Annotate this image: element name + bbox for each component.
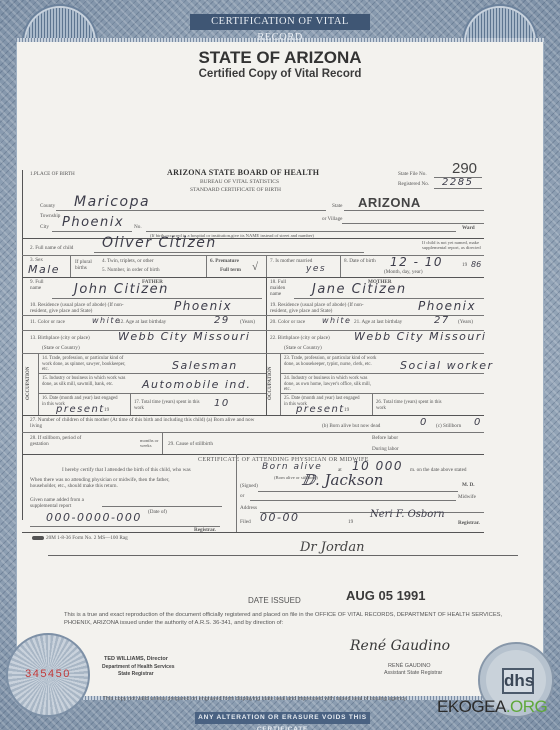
born-dead-label: (b) Born alive but now dead	[322, 424, 380, 430]
filed-value: 00-00	[260, 512, 299, 525]
mother-residence: Phoenix	[418, 300, 476, 314]
father-age-label: 12. Age at last birthday	[118, 320, 166, 326]
assistant-signature: René Gaudino	[350, 638, 450, 654]
handwritten-signature: Dr Jordan	[300, 540, 364, 555]
state-file-no: 290	[452, 160, 477, 177]
reproduction-statement: This is a true and exact reproduction of…	[64, 611, 504, 627]
date-issued-value: AUG 05 1991	[346, 588, 426, 603]
mother-industry-label: 24. Industry or business in which work w…	[284, 376, 374, 393]
birth-order-label: 5. Number, in order of birth	[102, 268, 160, 274]
father-state-country-label: (State or Country)	[42, 346, 80, 352]
form-number: 20M 1-8-36 Form No. 2 MS—100 Rag	[32, 536, 128, 542]
before-labor-label: Before labor	[372, 436, 398, 442]
father-years-label: (Years)	[240, 320, 255, 326]
bureau-title: BUREAU OF VITAL STATISTICS	[200, 179, 279, 185]
dob-year-prefix: 19	[462, 263, 467, 269]
father-trade-label: 14. Trade, profession, or particular kin…	[42, 356, 130, 373]
midwife-label: Midwife	[458, 495, 476, 501]
father-occupation-label: OCCUPATION	[26, 367, 32, 400]
director-title: State Registrar	[118, 671, 154, 677]
signature-line	[48, 555, 518, 556]
document-subtitle: Certified Copy of Vital Record	[0, 68, 560, 80]
top-banner: CERTIFICATION OF VITAL RECORD	[190, 14, 370, 30]
father-industry: Automobile ind.	[142, 379, 251, 392]
bottom-banner: ANY ALTERATION OR ERASURE VOIDS THIS CER…	[195, 712, 370, 724]
document-title: STATE OF ARIZONA	[0, 48, 560, 68]
assistant-name: RENÉ GAUDINO	[388, 663, 430, 669]
township-label: Township	[40, 214, 60, 220]
mother-trade: Social worker	[400, 360, 494, 373]
child-name-label: 2. Full name of child	[30, 246, 73, 252]
twins-label: 4. Twin, triplets, or other	[102, 259, 154, 265]
state-file-no-label: State File No.	[398, 172, 427, 178]
months-weeks-label: months or weeks	[140, 438, 162, 449]
mother-date-engaged: present	[296, 404, 345, 416]
birth-certificate-form: 1.PLACE OF BIRTH ARIZONA STATE BOARD OF …	[22, 160, 538, 540]
father-total-time: 10	[214, 398, 230, 410]
mother-race-label: 20. Color or race	[270, 320, 305, 326]
father-birthplace-label: 13. Birthplace (city or place)	[30, 336, 90, 342]
dhs-logo: dhs	[502, 668, 534, 694]
form-left-border	[22, 170, 23, 520]
father-residence-label: 10. Residence (usual place of abode) (If…	[30, 303, 140, 315]
father-race-label: 11. Color or race	[30, 320, 65, 326]
assistant-title: Assistant State Registrar	[384, 670, 442, 676]
mother-name: Jane Citizen	[312, 283, 407, 298]
agency-title: ARIZONA STATE BOARD OF HEALTH	[167, 168, 319, 177]
registered-no: 2285	[442, 177, 473, 189]
state-label: State	[332, 204, 342, 210]
county-value: Maricopa	[74, 194, 150, 210]
father-name-label: 9. Full name	[30, 280, 50, 292]
union-bug-icon	[32, 536, 44, 540]
father-race: white	[92, 316, 121, 325]
full-term-check: √	[252, 261, 258, 274]
gestation-label: 28. If stillborn, period of gestation	[30, 436, 90, 448]
mother-year-prefix: 19	[344, 408, 349, 414]
father-date-engaged: present	[56, 404, 105, 416]
stillborn-value: 0	[474, 417, 482, 429]
validity-note: This copy not valid unless prepared on e…	[103, 696, 407, 702]
serial-rosette: 345450	[6, 633, 90, 717]
registrar-signature: Neri F. Osborn	[370, 509, 445, 521]
mother-birthplace-label: 22. Birthplace (city or place)	[270, 336, 330, 342]
father-year-prefix: 19	[104, 408, 109, 414]
married-value: yes	[306, 264, 326, 274]
mother-race: white	[322, 316, 351, 325]
state-value: ARIZONA	[358, 196, 421, 211]
watermark-part2: .ORG	[506, 697, 547, 716]
premature-label: 6. Premature	[210, 259, 239, 265]
mother-total-time-label: 26. Total time (years) spent in this wor…	[376, 400, 446, 411]
father-trade: Salesman	[172, 360, 238, 373]
physician-signature: ⅅ. Jackson	[302, 472, 383, 489]
city-label: City	[40, 225, 49, 231]
registrar-label-right: Registrar.	[458, 521, 480, 527]
ward-label: Ward	[462, 226, 475, 232]
mother-age-label: 21. Age at last birthday	[354, 320, 402, 326]
certify-text: I hereby certify that I attended the bir…	[62, 468, 191, 474]
mother-trade-label: 23. Trade, profession, or particular kin…	[284, 356, 384, 367]
dob-value: 12 - 10	[390, 256, 443, 270]
time-suffix: m. on the date above stated	[410, 468, 466, 474]
sex-value: Male	[28, 264, 60, 277]
address-label: Address	[240, 506, 257, 512]
city-value: Phoenix	[62, 216, 124, 231]
signed-label: (Signed)	[240, 484, 258, 490]
date-issued-label: DATE ISSUED	[248, 596, 301, 605]
father-age: 29	[214, 315, 230, 327]
mother-years-label: (Years)	[458, 320, 473, 326]
mother-birthplace: Webb City Missouri	[354, 331, 486, 344]
registered-no-label: Registered No.	[398, 182, 429, 188]
mother-residence-label: 19. Residence (usual place of abode) (If…	[270, 303, 380, 315]
dob-year: 86	[471, 260, 481, 269]
filed-label: Filed	[240, 520, 251, 526]
supplemental-number: 000-0000-000	[46, 512, 142, 525]
director-name: TED WILLIAMS, Director	[104, 656, 168, 662]
serial-number: 345450	[8, 668, 88, 680]
md-label: M. D.	[462, 483, 475, 489]
father-industry-label: 15. Industry or business in which work w…	[42, 376, 130, 387]
children-label: 27. Number of children of this mother (A…	[30, 418, 260, 430]
no-label: No.	[134, 225, 142, 231]
county-label: County	[40, 204, 55, 210]
father-residence: Phoenix	[174, 300, 232, 314]
or-label: or	[240, 494, 244, 500]
father-total-time-label: 17. Total time (years) spent in this wor…	[134, 400, 204, 411]
unnamed-note: If child is not yet named, make suppleme…	[422, 240, 484, 251]
dob-hint: (Month, day, year)	[384, 270, 423, 276]
place-of-birth-label: 1.PLACE OF BIRTH	[30, 172, 75, 178]
child-name: Oliver Citizen	[102, 235, 217, 251]
during-labor-label: During labor	[372, 447, 399, 453]
mother-occupation-label: OCCUPATION	[268, 367, 274, 400]
mother-name-label: 18. Full maiden name	[270, 280, 292, 298]
mother-state-country-label: (State or Country)	[284, 346, 322, 352]
cause-label: 29. Cause of stillbirth	[168, 442, 213, 448]
watermark-part1: EKOGEA	[437, 697, 506, 716]
date-of-label: (Date of)	[148, 510, 167, 516]
stillborn-label: (c) Stillborn	[436, 424, 461, 430]
father-name: John Citizen	[74, 283, 169, 298]
given-name-label: Given name added from a supplemental rep…	[30, 498, 100, 510]
watermark: EKOGEA.ORG	[437, 697, 547, 717]
full-term-label: Full term	[220, 268, 241, 274]
mother-age: 27	[434, 315, 450, 327]
director-dept: Department of Health Services	[102, 664, 175, 670]
dob-label: 8. Date of birth	[344, 259, 376, 265]
form-title: STANDARD CERTIFICATE OF BIRTH	[190, 187, 281, 193]
registrar-label-left: Registrar.	[194, 528, 216, 534]
village-label: or Village	[322, 217, 342, 223]
born-dead-value: 0	[420, 417, 428, 429]
no-physician-note: When there was no attending physician or…	[30, 478, 170, 490]
plural-births-label: If plural births	[75, 260, 99, 272]
father-birthplace: Webb City Missouri	[118, 331, 250, 344]
filed-year-prefix: 19	[348, 520, 353, 526]
